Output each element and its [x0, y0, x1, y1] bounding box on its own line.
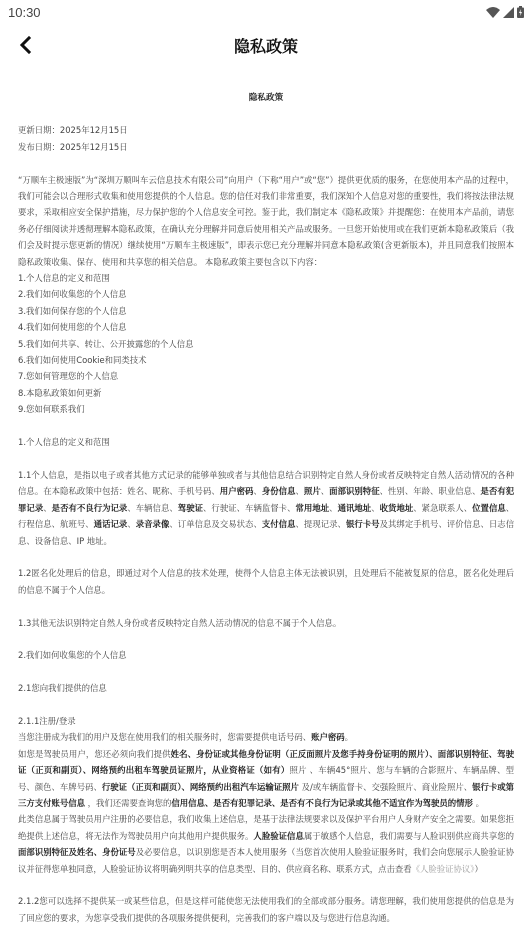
document-title: 隐私政策 — [18, 90, 514, 106]
page-title: 隐私政策 — [234, 34, 298, 57]
subsection-heading: 2.1您向我们提供的信息 — [18, 680, 514, 696]
subsection-heading: 2.1.1注册/登录 — [18, 713, 514, 729]
paragraph-1-3: 1.3其他无法识别特定自然人身份或者反映特定自然人活动情况的信息不属于个人信息。 — [18, 615, 514, 631]
status-icons — [486, 6, 524, 18]
toc-item: 2.我们如何收集您的个人信息 — [18, 286, 514, 302]
toc-item: 8.本隐私政策如何更新 — [18, 385, 514, 401]
published-date: 发布日期：2025年12月15日 — [18, 139, 514, 155]
toc-item: 4.我们如何使用您的个人信息 — [18, 319, 514, 335]
paragraph-2-1-2: 2.1.2您可以选择不提供某一或某些信息，但是这样可能使您无法使用我们的全部或部… — [18, 893, 514, 926]
toc-item: 7.您如何管理您的个人信息 — [18, 368, 514, 384]
toc-item: 5.我们如何共享、转让、公开披露您的个人信息 — [18, 336, 514, 352]
wifi-icon — [486, 7, 500, 18]
policy-content[interactable]: 隐私政策 更新日期：2025年12月15日 发布日期：2025年12月15日 “… — [0, 90, 532, 926]
updated-date: 更新日期：2025年12月15日 — [18, 122, 514, 138]
section-heading: 1.个人信息的定义和范围 — [18, 434, 514, 450]
chevron-left-icon — [18, 36, 32, 54]
paragraph-1-2: 1.2匿名化处理后的信息，即通过对个人信息的技术处理，使得个人信息主体无法被识别… — [18, 565, 514, 598]
toc-item: 9.您如何联系我们 — [18, 401, 514, 417]
back-button[interactable] — [12, 32, 38, 58]
toc-item: 3.我们如何保存您的个人信息 — [18, 303, 514, 319]
paragraph-2-1-1-a: 当您注册成为我们的用户及您在使用我们的相关服务时，您需要提供电话号码、账户密码。 — [18, 729, 514, 745]
table-of-contents: 1.个人信息的定义和范围 2.我们如何收集您的个人信息 3.我们如何保存您的个人… — [18, 270, 514, 418]
paragraph-1-1: 1.1个人信息，是指以电子或者其他方式记录的能够单独或者与其他信息结合识别特定自… — [18, 467, 514, 549]
status-time: 10:30 — [8, 5, 41, 20]
face-verification-agreement-link[interactable]: 《人脸验证协议》 — [412, 864, 475, 874]
paragraph-2-1-1-b: 如您是驾驶员用户，您还必须向我们提供姓名、身份证或其他身份证明（正反面照片及您手… — [18, 746, 514, 812]
cellular-signal-icon — [503, 7, 514, 18]
toc-item: 1.个人信息的定义和范围 — [18, 270, 514, 286]
paragraph-2-1-1-c: 此类信息属于驾驶员用户注册的必要信息，我们收集上述信息，是基于法律法规要求以及保… — [18, 811, 514, 877]
battery-charging-icon — [517, 6, 524, 18]
status-bar: 10:30 — [0, 0, 532, 24]
intro-paragraph: “万顺车主极速版”为“深圳万顺叫车云信息技术有限公司”向用户（下称“用户”或“您… — [18, 172, 514, 270]
app-bar: 隐私政策 — [0, 24, 532, 66]
section-heading: 2.我们如何收集您的个人信息 — [18, 647, 514, 663]
toc-item: 6.我们如何使用Cookie和同类技术 — [18, 352, 514, 368]
